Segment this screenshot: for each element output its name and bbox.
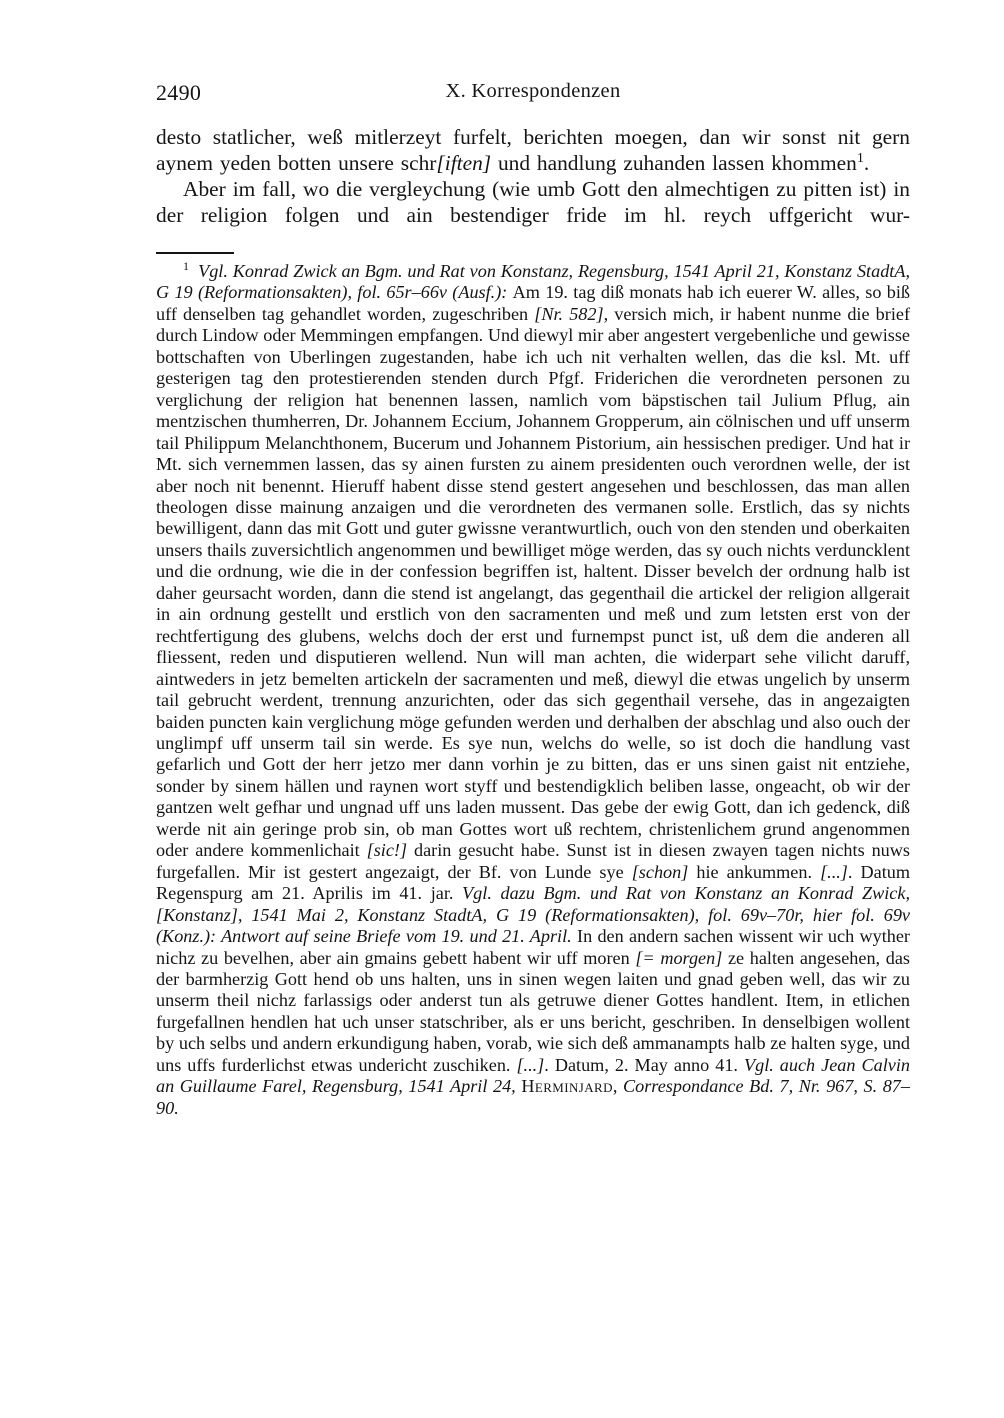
text-segment: [Nr. 582] [534, 304, 603, 324]
text-segment: 1 [857, 150, 864, 166]
text-segment: [= morgen] [635, 948, 722, 968]
footnote-1-text: 1 Vgl. Konrad Zwick an Bgm. und Rat von … [156, 261, 910, 1119]
text-segment [189, 261, 198, 281]
main-text: desto statlicher, weß mitlerzeyt furfelt… [156, 124, 910, 228]
text-segment: , versich mich, ir habent nunme die brie… [156, 304, 910, 860]
text-segment: [...] [820, 862, 848, 882]
text-segment: [schon] [632, 862, 689, 882]
text-segment: [iften] [436, 151, 491, 175]
text-segment: . Datum, 2. May anno 41. [544, 1055, 744, 1075]
body-paragraph-1: desto statlicher, weß mitlerzeyt furfelt… [156, 124, 910, 176]
running-head: X. Korrespondenzen [156, 80, 910, 103]
text-segment: [sic!] [367, 840, 407, 860]
text-segment: . [864, 151, 869, 175]
page-number: 2490 [156, 80, 201, 106]
footnote-block: 1 Vgl. Konrad Zwick an Bgm. und Rat von … [156, 252, 910, 1119]
text-segment: , [613, 1076, 623, 1096]
text-segment: Herminjard [521, 1076, 613, 1096]
text-segment: [...] [516, 1055, 544, 1075]
page-header: 2490 X. Korrespondenzen [156, 80, 910, 110]
text-segment: hie ankummen. [688, 862, 820, 882]
footnote-separator-rule [156, 252, 234, 254]
text-segment: Aber im fall, wo die vergleychung (wie u… [156, 177, 910, 227]
book-page: 2490 X. Korrespondenzen desto statlicher… [0, 0, 1004, 1418]
text-segment: und handlung zuhanden lassen khommen [491, 151, 857, 175]
body-paragraph-2: Aber im fall, wo die vergleychung (wie u… [156, 176, 910, 228]
